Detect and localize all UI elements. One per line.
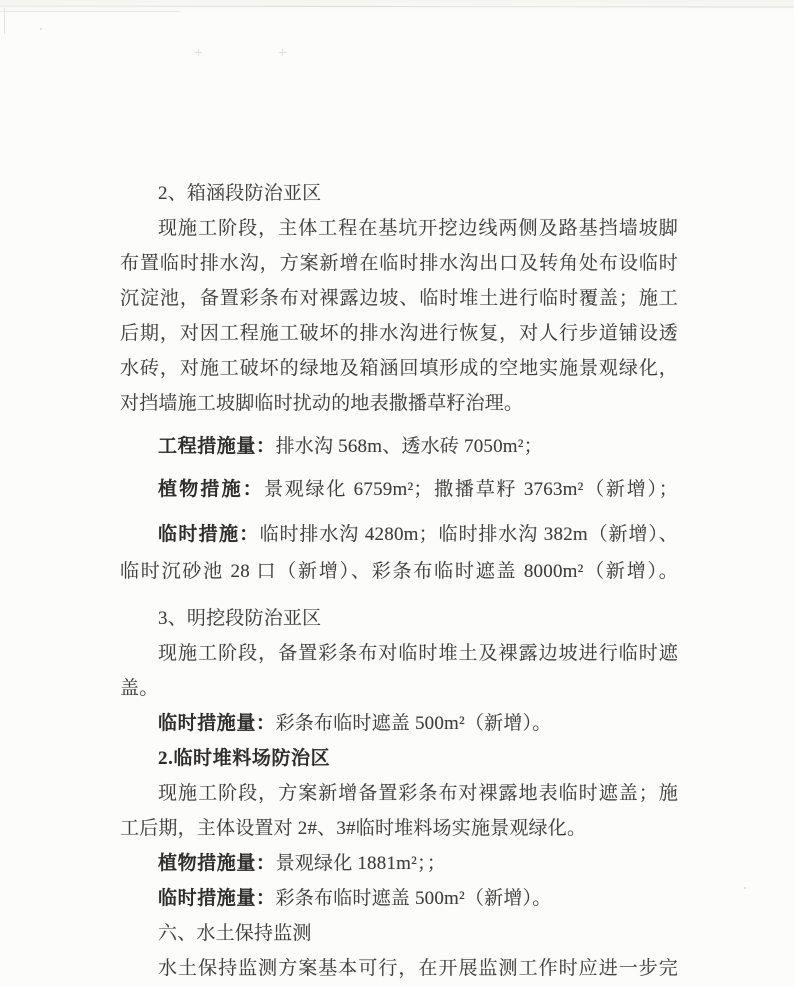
measure-line-temporary: 临时措施：临时排水沟 4280m；临时排水沟 382m（新增）、 — [120, 517, 678, 552]
paragraph-line: 现施工阶段，备置彩条布对临时堆土及裸露边坡进行临时遮 — [120, 636, 678, 671]
paragraph-line: 现施工阶段，主体工程在基坑开挖边线两侧及路基挡墙坡脚 — [120, 211, 678, 246]
measure-line-plant: 植物措施：景观绿化 6759m²；撒播草籽 3763m²（新增）； — [120, 472, 678, 507]
measure-value: 彩条布临时遮盖 500m²（新增）。 — [276, 713, 552, 734]
paragraph-line: 水土保持监测方案基本可行，在开展监测工作时应进一步完 — [120, 951, 678, 986]
paragraph-line: 布置临时排水沟，方案新增在临时排水沟出口及转角处布设临时 — [120, 246, 678, 281]
paragraph-text: 现施工阶段，主体工程在基坑开挖边线两侧及路基挡墙坡脚 — [158, 218, 678, 239]
paragraph-line: 工后期，主体设置对 2#、3#临时堆料场实施景观绿化。 — [120, 811, 678, 846]
measure-label: 临时措施量： — [158, 888, 276, 909]
scan-registration-mark — [195, 49, 202, 56]
paragraph-text: 水土保持监测方案基本可行，在开展监测工作时应进一步完 — [158, 958, 678, 979]
paragraph-text: 对挡墙施工坡脚临时扰动的地表撒播草籽治理。 — [120, 393, 523, 414]
paragraph-text: 后期，对因工程施工破坏的排水沟进行恢复，对人行步道铺设透 — [120, 323, 678, 344]
measure-label: 植物措施： — [158, 479, 264, 500]
heading-text: 2.临时堆料场防治区 — [158, 748, 330, 769]
measure-line-temporary: 临时措施量：彩条布临时遮盖 500m²（新增）。 — [120, 881, 678, 916]
measure-label: 工程措施量： — [158, 436, 276, 457]
measure-line-temporary: 临时措施量：彩条布临时遮盖 500m²（新增）。 — [120, 706, 678, 741]
paragraph-text: 布置临时排水沟，方案新增在临时排水沟出口及转角处布设临时 — [120, 253, 678, 274]
paragraph-line: 后期，对因工程施工破坏的排水沟进行恢复，对人行步道铺设透 — [120, 316, 678, 351]
measure-label: 临时措施量： — [158, 713, 276, 734]
paragraph-line: 沉淀池，备置彩条布对裸露边坡、临时堆土进行临时覆盖；施工 — [120, 281, 678, 316]
measure-value: 临时沉砂池 28 口（新增）、彩条布临时遮盖 8000m²（新增）。 — [120, 561, 678, 582]
measure-value: 临时排水沟 4280m；临时排水沟 382m（新增）、 — [260, 524, 678, 545]
paragraph-text: 现施工阶段，方案新增备置彩条布对裸露地表临时遮盖；施 — [158, 783, 678, 804]
section-heading-monitoring: 六、水土保持监测 — [120, 916, 678, 951]
document-body: 2、箱涵段防治亚区 现施工阶段，主体工程在基坑开挖边线两侧及路基挡墙坡脚 布置临… — [120, 176, 678, 986]
paragraph-text: 水砖，对施工破坏的绿地及箱涵回填形成的空地实施景观绿化， — [120, 358, 678, 379]
measure-line-engineering: 工程措施量：排水沟 568m、透水砖 7050m²； — [120, 429, 678, 464]
heading-text: 2、箱涵段防治亚区 — [158, 183, 321, 204]
subsection-heading-open-cut: 3、明挖段防治亚区 — [120, 601, 678, 636]
measure-value: 排水沟 568m、透水砖 7050m²； — [276, 436, 543, 457]
scan-edge-line — [0, 5, 794, 7]
scanned-document-page: 2、箱涵段防治亚区 现施工阶段，主体工程在基坑开挖边线两侧及路基挡墙坡脚 布置临… — [0, 0, 794, 987]
paragraph-line: 现施工阶段，方案新增备置彩条布对裸露地表临时遮盖；施 — [120, 776, 678, 811]
measure-value: 景观绿化 6759m²；撒播草籽 3763m²（新增）； — [264, 479, 678, 500]
heading-text: 3、明挖段防治亚区 — [158, 608, 321, 629]
scan-speck — [744, 887, 746, 889]
heading-text: 六、水土保持监测 — [158, 923, 312, 944]
paragraph-line: 水砖，对施工破坏的绿地及箱涵回填形成的空地实施景观绿化， — [120, 351, 678, 386]
measure-label: 植物措施量： — [158, 853, 276, 874]
measure-value: 景观绿化 1881m²；； — [276, 853, 446, 874]
scan-registration-mark — [279, 49, 286, 56]
paragraph-line: 盖。 — [120, 671, 678, 706]
paragraph-text: 现施工阶段，备置彩条布对临时堆土及裸露边坡进行临时遮 — [158, 643, 678, 664]
measure-label: 临时措施： — [158, 524, 260, 545]
section-heading-stockyard: 2.临时堆料场防治区 — [120, 741, 678, 776]
measure-line-temporary-cont: 临时沉砂池 28 口（新增）、彩条布临时遮盖 8000m²（新增）。 — [120, 554, 678, 589]
paragraph-text: 沉淀池，备置彩条布对裸露边坡、临时堆土进行临时覆盖；施工 — [120, 288, 678, 309]
scan-speck — [40, 28, 42, 30]
measure-value: 彩条布临时遮盖 500m²（新增）。 — [276, 888, 552, 909]
scan-edge-line-secondary — [0, 11, 180, 12]
subsection-heading-box-culvert: 2、箱涵段防治亚区 — [120, 176, 678, 211]
scan-edge-left-tick — [4, 8, 5, 34]
measure-line-plant: 植物措施量：景观绿化 1881m²；； — [120, 846, 678, 881]
paragraph-text: 工后期，主体设置对 2#、3#临时堆料场实施景观绿化。 — [120, 818, 586, 839]
paragraph-text: 盖。 — [120, 678, 158, 699]
paragraph-line: 对挡墙施工坡脚临时扰动的地表撒播草籽治理。 — [120, 386, 678, 421]
